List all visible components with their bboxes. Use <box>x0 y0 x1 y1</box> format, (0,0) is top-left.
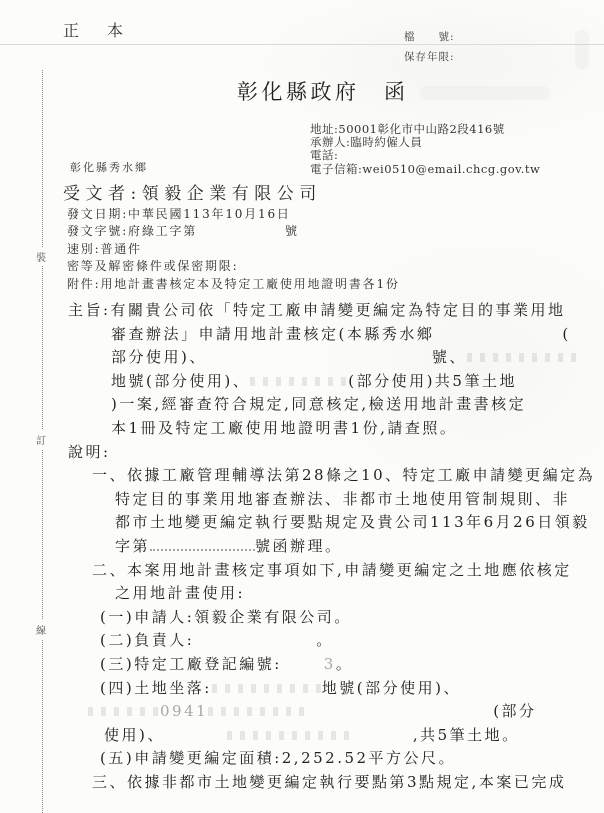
redaction-gap <box>197 229 285 235</box>
sub-item-1-applicant: (一)申請人:領毅企業有限公司。 <box>0 606 604 630</box>
subject-line-5: )一案,經審查符合規定,同意核定,檢送用地計畫書核定 <box>0 393 604 417</box>
scan-noise <box>420 86 550 100</box>
explanation-item-1-line-1: 一、依據工廠管理輔導法第28條之10、特定工廠申請變更編定為 <box>0 464 604 488</box>
text-segment: 字第 <box>115 537 150 555</box>
redaction-gap <box>355 734 413 740</box>
explanation-item-1-line-3: 都市土地變更編定執行要點規定及貴公司113年6月26日領毅 <box>0 511 604 535</box>
redaction-smudge <box>88 707 160 716</box>
text-segment: 本1冊及特定工廠使用地證明書1份,請查照。 <box>111 419 457 437</box>
explanation-label: 說明: <box>0 441 604 465</box>
redaction-gap <box>282 663 324 669</box>
text-segment: 三、依據非都市土地變更編定執行要點第3點規定,本案已完成 <box>92 773 566 791</box>
doc-number-line: 發文字號:府綠工字第號 <box>67 223 400 240</box>
sub-item-4-land-location-line-2: 0941(部分 <box>0 700 604 724</box>
text-segment: 。 <box>336 655 354 673</box>
scan-noise <box>575 30 589 70</box>
redaction-gap <box>434 333 562 339</box>
agency-phone: 電話: <box>310 149 540 162</box>
sub-item-4-land-location-line-1: (四)土地坐落:地號(部分使用)、 <box>0 677 604 701</box>
text-segment: 號、 <box>432 348 467 366</box>
subject-line-6: 本1冊及特定工廠使用地證明書1份,請查照。 <box>0 417 604 441</box>
text-segment: 部分使用)、 <box>111 348 207 366</box>
security-class: 密等及解密條件或保密期限: <box>67 258 400 275</box>
agency-clerk: 承辦人:臨時約僱人員 <box>310 136 540 149</box>
text-segment: 審查辦法」申請用地計畫核定(本縣秀水鄉 <box>111 325 434 343</box>
text-segment: (三)特定工廠登記編號: <box>100 655 282 673</box>
text-segment: ,共5筆土地。 <box>413 726 520 744</box>
scan-divider-line <box>0 44 604 45</box>
text-segment: 主旨:有關貴公司依「特定工廠申請變更編定為特定目的事業用地 <box>68 301 566 319</box>
text-segment: 號函辦理。 <box>255 537 343 555</box>
text-segment: (部分 <box>493 702 536 720</box>
text-segment: 地號(部分使用)、 <box>111 372 250 390</box>
redaction-gap <box>165 734 227 740</box>
redaction-smudge <box>250 377 348 386</box>
redaction-gap <box>207 356 432 362</box>
retention-period-label: 保存年限: <box>404 47 455 67</box>
text-segment: 地號(部分使用)、 <box>322 679 461 697</box>
redaction-smudge <box>467 353 579 362</box>
sub-item-4-land-location-line-3: 使用)、,共5筆土地。 <box>0 724 604 748</box>
text-segment: 使用)、 <box>104 726 165 744</box>
sub-item-5-area: (五)申請變更編定面積:2,252.52平方公尺。 <box>0 747 604 771</box>
text-segment: (二)負責人: <box>100 631 194 649</box>
text-segment: 二、本案用地計畫核定事項如下,申請變更編定之土地應依核定 <box>92 561 572 579</box>
subject-line-2: 審查辦法」申請用地計畫核定(本縣秀水鄉( <box>0 323 604 347</box>
text-segment: (部分使用)共5筆土地 <box>348 372 517 390</box>
text-segment: (四)土地坐落: <box>100 679 212 697</box>
sub-item-2-responsible-person: (二)負責人:。 <box>0 629 604 653</box>
redaction-remnant: 0941 <box>160 702 208 720</box>
doc-number-suffix: 號 <box>285 224 299 238</box>
subject-line-4: 地號(部分使用)、(部分使用)共5筆土地 <box>0 370 604 394</box>
sub-item-3-factory-registration: (三)特定工廠登記編號:3。 <box>0 653 604 677</box>
explanation-item-1-line-2: 特定目的事業用地審查辦法、非都市土地使用管制規則、非 <box>0 488 604 512</box>
text-segment: ( <box>562 325 570 343</box>
redaction-smudge <box>227 731 355 740</box>
text-segment: (一)申請人:領毅企業有限公司。 <box>100 608 352 626</box>
dotted-redaction <box>150 538 255 551</box>
explanation-item-3-line-1: 三、依據非都市土地變更編定執行要點第3點規定,本案已完成 <box>0 771 604 795</box>
redaction-smudge <box>212 684 322 693</box>
agency-contact-block: 地址:50001彰化市中山路2段416號 承辦人:臨時約僱人員 電話: 電子信箱… <box>310 123 540 176</box>
agency-email: 電子信箱:wei0510@email.chcg.gov.tw <box>310 163 540 176</box>
letter-body: 主旨:有關貴公司依「特定工廠申請變更編定為特定目的事業用地 審查辦法」申請用地計… <box>0 299 604 794</box>
speed-class: 速別:普通件 <box>67 241 400 258</box>
binding-mark-zhuang: 裝 <box>35 247 47 266</box>
document-meta-block: 發文日期:中華民國113年10月16日 發文字號:府綠工字第號 速別:普通件 密… <box>67 206 400 293</box>
text-segment: 說明: <box>68 443 111 461</box>
text-segment: 都市土地變更編定執行要點規定及貴公司113年6月26日領毅 <box>115 513 590 531</box>
text-segment: (五)申請變更編定面積:2,252.52平方公尺。 <box>100 749 456 767</box>
redaction-remnant: 3 <box>324 655 336 673</box>
recipient-township: 彰化縣秀水鄉 <box>70 159 148 175</box>
issue-date: 發文日期:中華民國113年10月16日 <box>67 206 400 223</box>
copy-type-label: 正 本 <box>63 18 129 41</box>
explanation-item-2-line-1: 二、本案用地計畫核定事項如下,申請變更編定之土地應依核定 <box>0 559 604 583</box>
redaction-smudge <box>208 707 308 716</box>
explanation-item-2-line-2: 之用地計畫使用: <box>0 582 604 606</box>
text-segment: 之用地計畫使用: <box>115 584 245 602</box>
doc-number-prefix: 發文字號:府綠工字第 <box>67 224 197 238</box>
subject-line-1: 主旨:有關貴公司依「特定工廠申請變更編定為特定目的事業用地 <box>0 299 604 323</box>
redaction-gap <box>194 639 316 645</box>
text-segment: 特定目的事業用地審查辦法、非都市土地使用管制規則、非 <box>115 490 570 508</box>
recipient-line: 受文者:領毅企業有限公司 <box>63 179 322 204</box>
scanned-official-letter: 正 本 檔 號: 保存年限: 彰化縣政府 函 地址:50001彰化市中山路2段4… <box>0 0 604 813</box>
subject-line-3: 部分使用)、號、 <box>0 346 604 370</box>
redaction-gap <box>308 710 493 716</box>
text-segment: 一、依據工廠管理輔導法第28條之10、特定工廠申請變更編定為 <box>92 466 595 484</box>
text-segment: )一案,經審查符合規定,同意核定,檢送用地計畫書核定 <box>111 395 526 413</box>
attachment-note: 附件:用地計畫書核定本及特定工廠使用地證明書各1份 <box>67 276 400 293</box>
document-title: 彰化縣政府 函 <box>237 76 409 106</box>
text-segment: 。 <box>316 631 334 649</box>
explanation-item-1-line-4: 字第號函辦理。 <box>0 535 604 559</box>
file-number-block: 檔 號: 保存年限: <box>404 27 455 67</box>
